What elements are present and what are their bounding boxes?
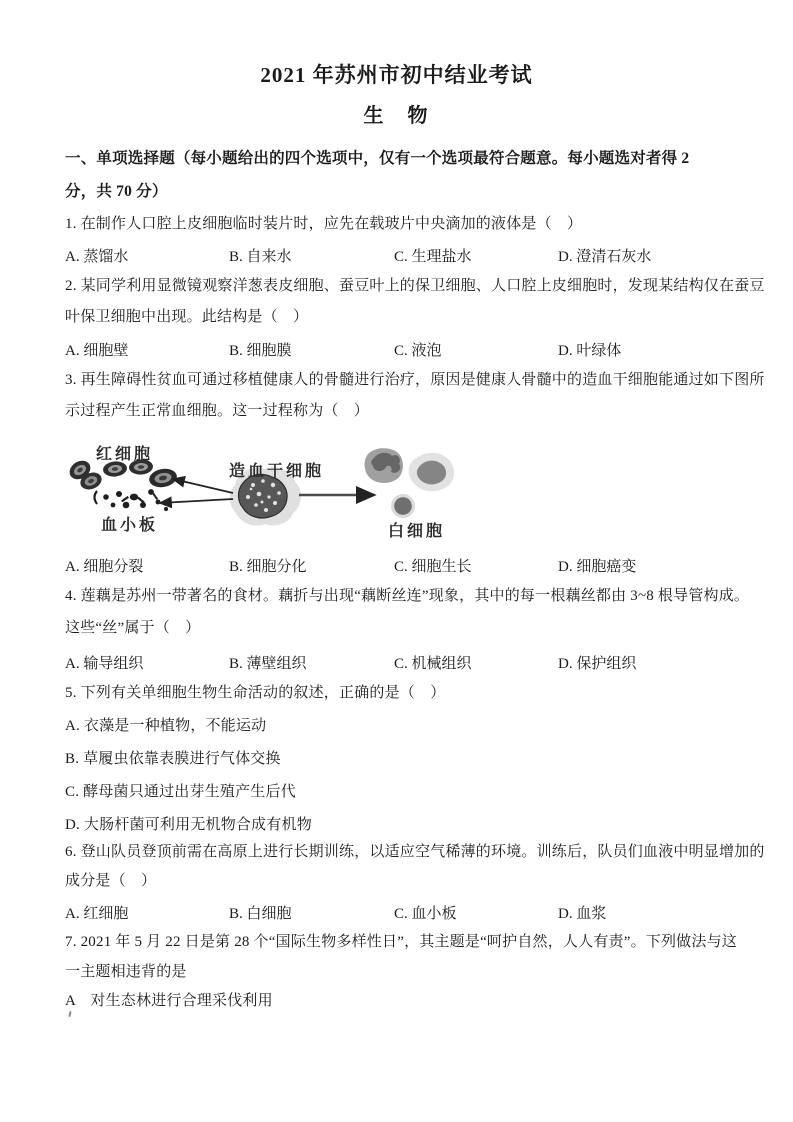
question-7-text-line1: 7. 2021 年 5 月 22 日是第 28 个“国际生物多样性日”，其主题是… — [65, 933, 737, 951]
red-cells-label: 红细胞 — [96, 441, 153, 464]
q2-option-a: A. 细胞壁 — [65, 339, 128, 360]
question-1-text: 1. 在制作人口腔上皮细胞临时装片时，应先在载玻片中央滴加的液体是（ ） — [65, 215, 582, 233]
scan-artifact-mark — [68, 1011, 71, 1017]
section-header-line1: 一、单项选择题（每小题给出的四个选项中，仅有一个选项最符合题意。每小题选对者得 … — [65, 150, 689, 168]
q1-option-d: D. 澄清石灰水 — [558, 245, 651, 266]
exam-subject: 生 物 — [0, 107, 793, 125]
q2-option-d: D. 叶绿体 — [558, 339, 621, 360]
question-2-text-line2: 叶保卫细胞中出现。此结构是（ ） — [65, 308, 308, 326]
question-2-text-line1: 2. 某同学利用显微镜观察洋葱表皮细胞、蚕豆叶上的保卫细胞、人口腔上皮细胞时，发… — [65, 277, 765, 295]
q5-option-a: A. 衣藻是一种植物，不能运动 — [65, 717, 266, 735]
question-5-text: 5. 下列有关单细胞生物生命活动的叙述，正确的是（ ） — [65, 684, 445, 702]
q2-option-b: B. 细胞膜 — [229, 339, 292, 360]
question-3-text-line1: 3. 再生障碍性贫血可通过移植健康人的骨髓进行治疗，原因是健康人骨髓中的造血干细… — [65, 371, 765, 389]
q4-option-c: C. 机械组织 — [394, 652, 472, 673]
q1-option-b: B. 自来水 — [229, 245, 292, 266]
q5-option-b: B. 草履虫依靠表膜进行气体交换 — [65, 750, 281, 768]
exam-title: 2021 年苏州市初中结业考试 — [0, 66, 793, 84]
exam-page: 2021 年苏州市初中结业考试 生 物 一、单项选择题（每小题给出的四个选项中，… — [0, 0, 793, 1122]
white-blood-cells-illustration — [365, 448, 455, 518]
question-4-text-line2: 这些“丝”属于（ ） — [65, 619, 200, 637]
platelets-illustration — [95, 489, 169, 511]
q5-option-c: C. 酵母菌只通过出芽生殖产生后代 — [65, 783, 296, 801]
q2-option-c: C. 液泡 — [394, 339, 442, 360]
q7-option-a: A 对生态林进行合理采伐利用 — [65, 992, 273, 1010]
question-2-options: A. 细胞壁 B. 细胞膜 C. 液泡 D. 叶绿体 — [65, 339, 735, 359]
white-cells-label: 白细胞 — [388, 518, 445, 541]
question-6-text-line2: 成分是（ ） — [65, 872, 156, 890]
q6-option-c: C. 血小板 — [394, 902, 457, 923]
question-1-options: A. 蒸馏水 B. 自来水 C. 生理盐水 D. 澄清石灰水 — [65, 245, 735, 265]
q5-option-d: D. 大肠杆菌可利用无机物合成有机物 — [65, 816, 312, 834]
q3-option-a: A. 细胞分裂 — [65, 555, 143, 576]
section-header-line2: 分，共 70 分） — [65, 183, 168, 201]
q6-option-b: B. 白细胞 — [229, 902, 292, 923]
q6-option-a: A. 红细胞 — [65, 902, 128, 923]
q4-option-d: D. 保护组织 — [558, 652, 636, 673]
question-4-text-line1: 4. 莲藕是苏州一带著名的食材。藕折与出现“藕断丝连”现象，其中的每一根藕丝都由… — [65, 587, 749, 605]
question-3-text-line2: 示过程产生正常血细胞。这一过程称为（ ） — [65, 402, 369, 420]
q6-option-d: D. 血浆 — [558, 902, 606, 923]
q1-option-a: A. 蒸馏水 — [65, 245, 128, 266]
q3-option-d: D. 细胞癌变 — [558, 555, 636, 576]
q4-option-a: A. 输导组织 — [65, 652, 143, 673]
question-6-text-line1: 6. 登山队员登顶前需在高原上进行长期训练，以适应空气稀薄的环境。训练后，队员们… — [65, 843, 765, 861]
q1-option-c: C. 生理盐水 — [394, 245, 472, 266]
stem-cell-label: 造血干细胞 — [229, 458, 324, 481]
question-4-options: A. 输导组织 B. 薄壁组织 C. 机械组织 D. 保护组织 — [65, 652, 735, 672]
q3-option-c: C. 细胞生长 — [394, 555, 472, 576]
q4-option-b: B. 薄壁组织 — [229, 652, 307, 673]
q3-option-b: B. 细胞分化 — [229, 555, 307, 576]
question-3-options: A. 细胞分裂 B. 细胞分化 C. 细胞生长 D. 细胞癌变 — [65, 555, 735, 575]
platelets-label: 血小板 — [101, 512, 158, 535]
question-6-options: A. 红细胞 B. 白细胞 C. 血小板 D. 血浆 — [65, 902, 735, 922]
question-7-text-line2: 一主题相违背的是 — [65, 963, 187, 981]
